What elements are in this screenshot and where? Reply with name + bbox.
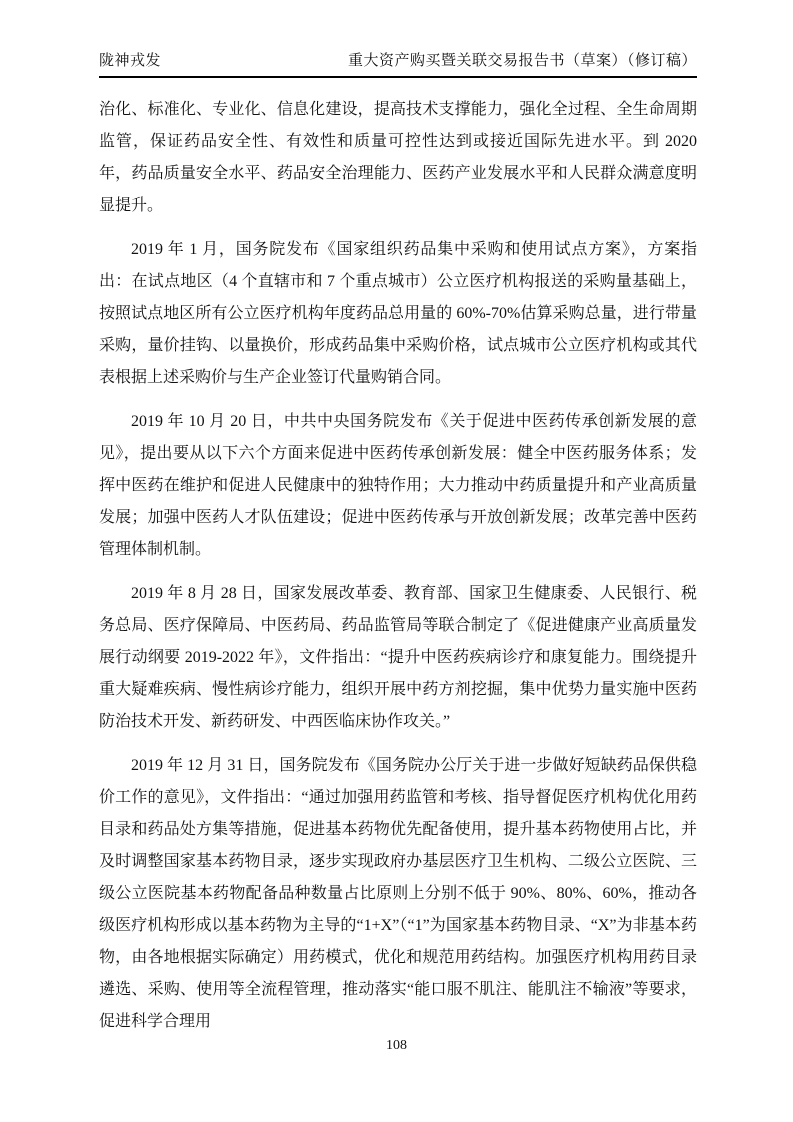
body-paragraph-3: 2019 年 10 月 20 日，中共中央国务院发布《关于促进中医药传承创新发展… — [99, 406, 697, 566]
page-header: 陇神戎发 重大资产购买暨关联交易报告书（草案）（修订稿） — [99, 50, 697, 78]
page-footer: 108 — [0, 1038, 793, 1054]
header-company-name: 陇神戎发 — [99, 50, 161, 72]
body-paragraph-1: 治化、标准化、专业化、信息化建设，提高技术支撑能力，强化全过程、全生命周期监管，… — [99, 94, 697, 222]
body-paragraph-4: 2019 年 8 月 28 日，国家发展改革委、教育部、国家卫生健康委、人民银行… — [99, 578, 697, 738]
document-page: 陇神戎发 重大资产购买暨关联交易报告书（草案）（修订稿） 治化、标准化、专业化、… — [0, 0, 793, 1122]
document-body: 治化、标准化、专业化、信息化建设，提高技术支撑能力，强化全过程、全生命周期监管，… — [99, 94, 697, 1050]
header-report-title: 重大资产购买暨关联交易报告书（草案）（修订稿） — [348, 50, 697, 72]
body-paragraph-2: 2019 年 1 月，国务院发布《国家组织药品集中采购和使用试点方案》，方案指出… — [99, 234, 697, 394]
page-number: 108 — [386, 1038, 407, 1053]
body-paragraph-5: 2019 年 12 月 31 日，国务院发布《国务院办公厅关于进一步做好短缺药品… — [99, 750, 697, 1038]
